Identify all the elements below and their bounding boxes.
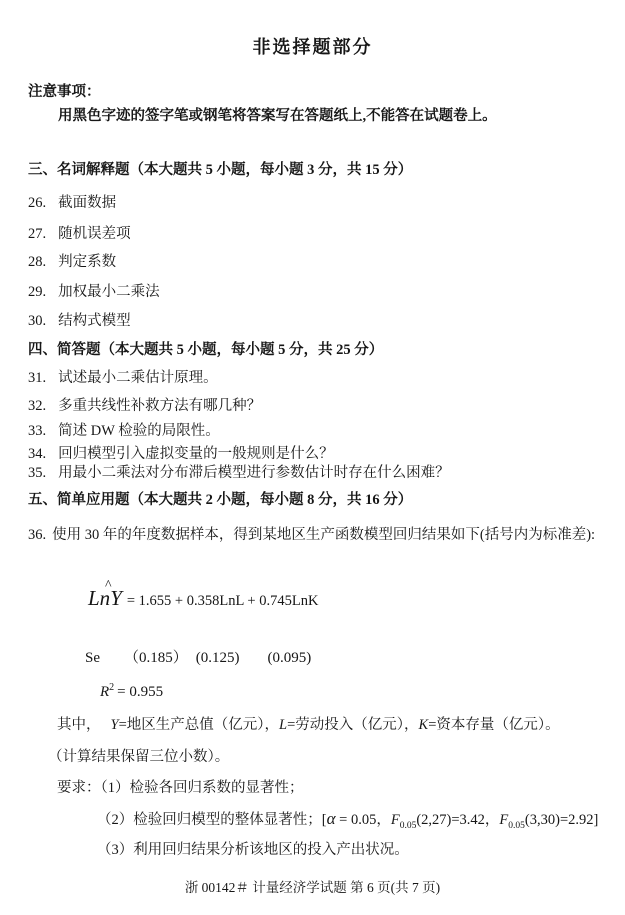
var-l-desc: =劳动投入（亿元）， (287, 717, 418, 733)
alpha-value: = 0.05 (336, 812, 377, 828)
question-number: 35. (28, 463, 46, 483)
bracket-close: ] (594, 812, 599, 828)
formula-rhs: = 1.655 + 0.358LnL + 0.745LnK (127, 593, 319, 609)
section-4-heading: 四、简答题（本大题共 5 小题，每小题 5 分，共 25 分） (28, 340, 383, 360)
f-statistic-1-value: (2,27)=3.42 (416, 812, 485, 828)
requirement-1-text: （1）检验各回归系数的显著性； (101, 780, 304, 796)
f-statistic-2-sub: 0.05 (508, 821, 525, 831)
var-l: L (279, 717, 287, 733)
question-text: 简述 DW 检验的局限性。 (58, 423, 220, 439)
question-26: 26.截面数据 (28, 193, 116, 213)
requirement-2: （2）检验回归模型的整体显著性；[α = 0.05，F0.05(2,27)=3.… (97, 809, 598, 836)
question-number: 30. (28, 311, 46, 331)
regression-formula: Ln^Y= 1.655 + 0.358LnL + 0.745LnK (88, 588, 318, 611)
se-value-2: (0.125) (196, 648, 240, 668)
question-32: 32.多重共线性补救方法有哪几种？ (28, 396, 261, 416)
f-statistic-2-value: (3,30)=2.92 (525, 812, 594, 828)
question-text: 加权最小二乘法 (58, 284, 160, 300)
question-31: 31.试述最小二乘估计原理。 (28, 368, 218, 388)
question-text: 结构式模型 (58, 313, 131, 329)
requirement-2-text: （2）检验回归模型的整体显著性； (97, 812, 322, 828)
variable-definitions: 其中，Y=地区生产总值（亿元），L=劳动投入（亿元），K=资本存量（亿元）。 (57, 715, 560, 735)
se-label: Se (85, 648, 100, 668)
question-text: 用最小二乘法对分布滞后模型进行参数估计时存在什么困难？ (58, 465, 450, 481)
se-value-3: (0.095) (268, 650, 312, 666)
requirements-label: 要求： (57, 780, 101, 796)
question-number: 32. (28, 396, 46, 416)
question-number: 27. (28, 224, 46, 244)
question-33: 33.简述 DW 检验的局限性。 (28, 421, 220, 441)
question-29: 29.加权最小二乘法 (28, 282, 160, 302)
question-number: 31. (28, 368, 46, 388)
question-text: 截面数据 (58, 195, 116, 211)
r-squared-symbol: R (100, 684, 109, 700)
comma: ， (485, 812, 500, 828)
question-number: 26. (28, 193, 46, 213)
alpha-symbol: α (327, 809, 336, 828)
question-number: 28. (28, 252, 46, 272)
f-statistic-1: F (391, 812, 400, 828)
section-3-heading: 三、名词解释题（本大题共 5 小题，每小题 3 分，共 15 分） (28, 160, 412, 180)
notice-label: 注意事项： (28, 82, 101, 102)
question-28: 28.判定系数 (28, 252, 116, 272)
standard-error-row: Se（0.185）(0.125)(0.095) (85, 648, 311, 668)
question-text: 多重共线性补救方法有哪几种？ (58, 398, 261, 414)
notice-text: 用黑色字迹的签字笔或钢笔将答案写在答题纸上,不能答在试题卷上。 (58, 106, 497, 126)
question-number: 29. (28, 282, 46, 302)
question-text: 判定系数 (58, 254, 116, 270)
section-5-heading: 五、简单应用题（本大题共 2 小题，每小题 8 分，共 16 分） (28, 490, 412, 510)
question-number: 34. (28, 444, 46, 464)
r-squared-exponent: 2 (109, 682, 114, 693)
question-text: 使用 30 年的年度数据样本，得到某地区生产函数模型回归结果如下(括号内为标准差… (52, 527, 595, 543)
exam-page: 非选择题部分 注意事项： 用黑色字迹的签字笔或钢笔将答案写在答题纸上,不能答在试… (0, 0, 625, 915)
requirement-1: 要求：（1）检验各回归系数的显著性； (57, 778, 304, 798)
f-statistic-2: F (499, 812, 508, 828)
page-title: 非选择题部分 (0, 33, 625, 59)
question-34: 34.回归模型引入虚拟变量的一般规则是什么？ (28, 444, 334, 464)
where-prefix: 其中， (57, 715, 101, 735)
question-number: 33. (28, 421, 46, 441)
page-footer: 浙 00142＃ 计量经济学试题 第 6 页(共 7 页) (0, 876, 625, 896)
comma: ， (376, 812, 391, 828)
question-36-intro: 36.使用 30 年的年度数据样本，得到某地区生产函数模型回归结果如下(括号内为… (28, 525, 595, 545)
hat-symbol: ^ (105, 576, 112, 596)
r-squared-row: R2= 0.955 (100, 678, 163, 702)
var-k-desc: =资本存量（亿元）。 (428, 717, 559, 733)
rounding-note: （计算结果保留三位小数）。 (48, 747, 229, 767)
question-number: 36. (28, 525, 46, 545)
question-35: 35.用最小二乘法对分布滞后模型进行参数估计时存在什么困难？ (28, 463, 450, 483)
formula-lhs: Ln^Y (88, 588, 122, 608)
question-27: 27.随机误差项 (28, 224, 131, 244)
se-value-1: （0.185） (124, 648, 188, 668)
f-statistic-1-sub: 0.05 (400, 821, 417, 831)
var-y-desc: =地区生产总值（亿元）， (119, 717, 279, 733)
r-squared-value: = 0.955 (117, 684, 163, 700)
question-text: 试述最小二乘估计原理。 (58, 370, 218, 386)
question-text: 随机误差项 (58, 226, 131, 242)
var-k: K (419, 717, 429, 733)
question-text: 回归模型引入虚拟变量的一般规则是什么？ (58, 446, 334, 462)
requirement-3: （3）利用回归结果分析该地区的投入产出状况。 (97, 840, 409, 860)
question-30: 30.结构式模型 (28, 311, 131, 331)
var-y: Y (111, 717, 119, 733)
